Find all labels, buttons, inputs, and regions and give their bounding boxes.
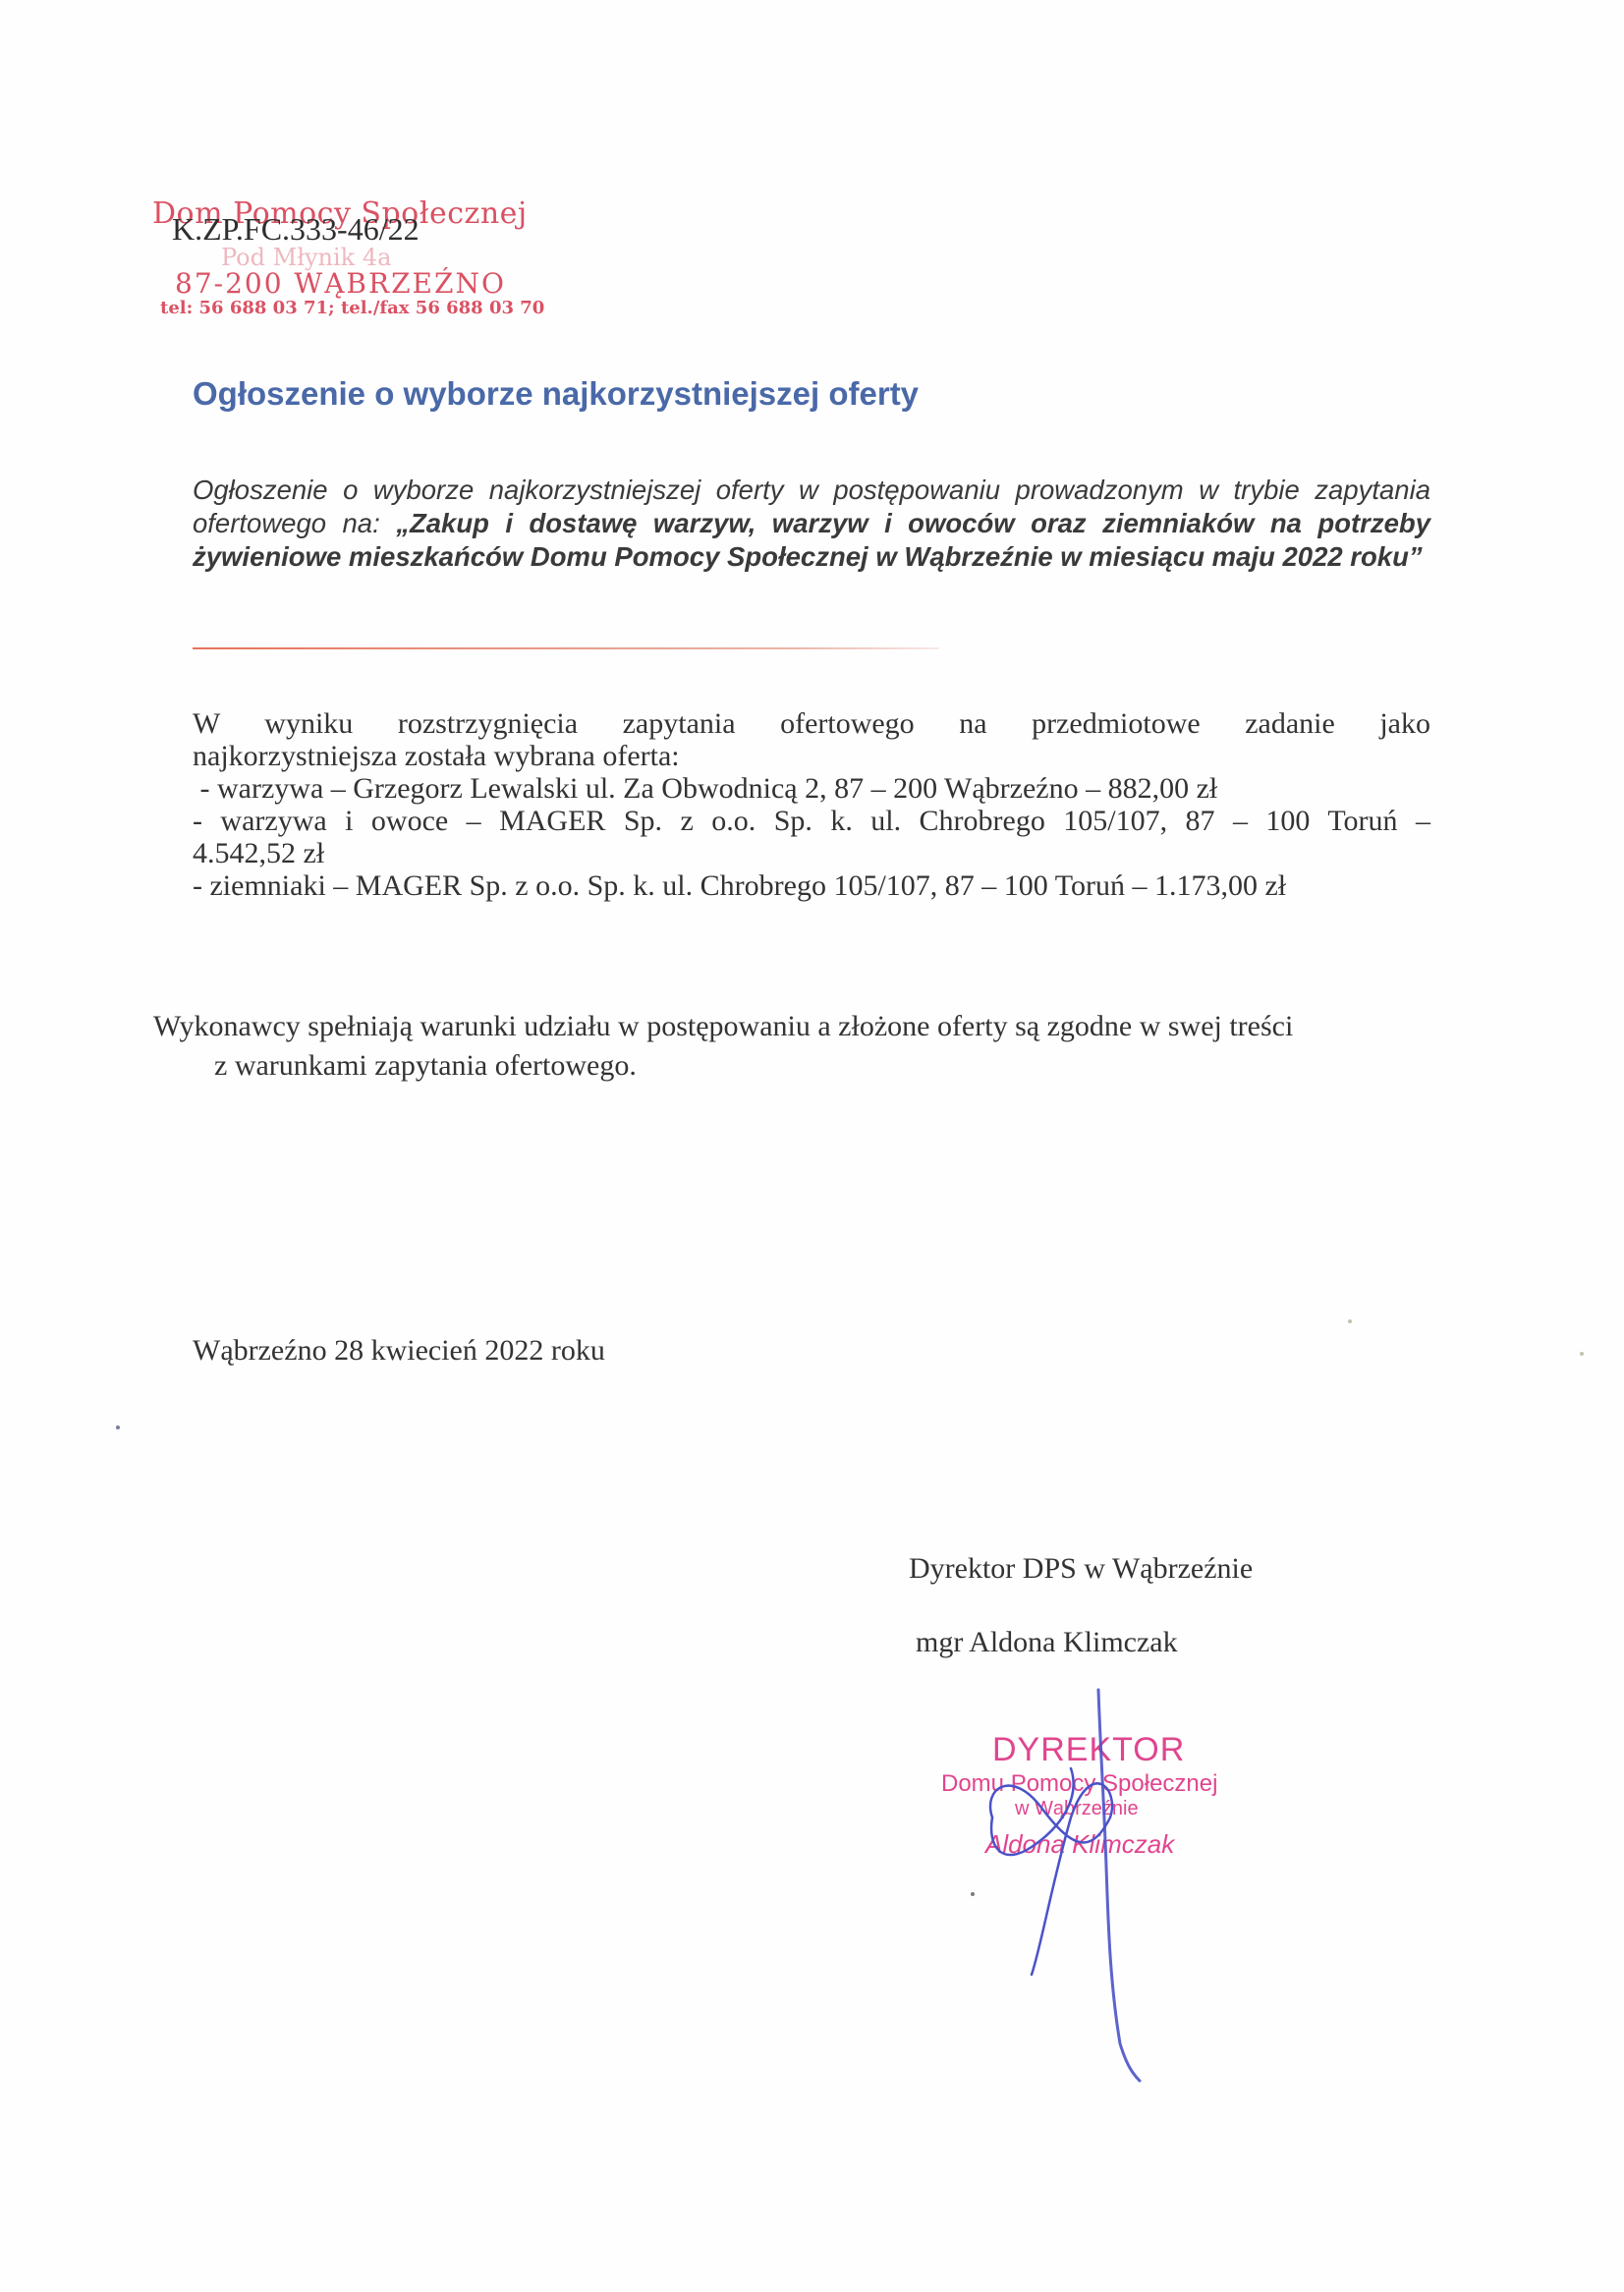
compliance-line1: Wykonawcy spełniają warunki udziału w po… [153,1007,1430,1046]
result-intro-line2: najkorzystniejsza została wybrana oferta… [193,740,1430,772]
header-stamp-line3: 87-200 WĄBRZEŹNO [175,267,506,300]
signature-stamp-line4: Aldona Klimczak [985,1829,1174,1860]
offer-item-warzywa-i-owoce-line1: - warzywa i owoce – MAGER Sp. z o.o. Sp.… [193,805,1430,837]
offer-item-warzywa-i-owoce-line2: 4.542,52 zł [193,837,1430,869]
offer-item-warzywa: - warzywa – Grzegorz Lewalski ul. Za Obw… [193,772,1430,805]
scan-speck [1580,1352,1584,1356]
compliance-line2: z warunkami zapytania ofertowego. [153,1046,1430,1086]
header-stamp-line4: tel: 56 688 03 71; tel./fax 56 688 03 70 [160,298,544,318]
divider-line [193,647,939,649]
scan-speck [971,1892,975,1896]
signature-stamp-line1: DYREKTOR [992,1731,1185,1769]
intro-paragraph: Ogłoszenie o wyborze najkorzystniejszej … [193,474,1430,574]
document-page: Dom Pomocy Społecznej Pod Młynik 4a 87-2… [0,0,1624,2292]
signature-stamp-line3: w Wąbrzeźnie [1015,1798,1139,1820]
result-section: W wyniku rozstrzygnięcia zapytania ofert… [193,707,1430,902]
place-date: Wąbrzeźno 28 kwiecień 2022 roku [193,1334,605,1368]
reference-number: K.ZP.FC.333-46/22 [172,211,420,248]
scan-speck [1348,1319,1352,1323]
signature-stamp-line2: Domu Pomocy Społecznej [941,1770,1217,1798]
scan-speck [116,1426,120,1429]
signatory-name: mgr Aldona Klimczak [916,1626,1178,1659]
page-title: Ogłoszenie o wyborze najkorzystniejszej … [193,375,919,413]
signatory-title: Dyrektor DPS w Wąbrzeźnie [909,1552,1253,1586]
result-intro-line1: W wyniku rozstrzygnięcia zapytania ofert… [193,707,1430,740]
compliance-statement: Wykonawcy spełniają warunki udziału w po… [153,1007,1430,1086]
offer-item-ziemniaki: - ziemniaki – MAGER Sp. z o.o. Sp. k. ul… [193,869,1430,902]
